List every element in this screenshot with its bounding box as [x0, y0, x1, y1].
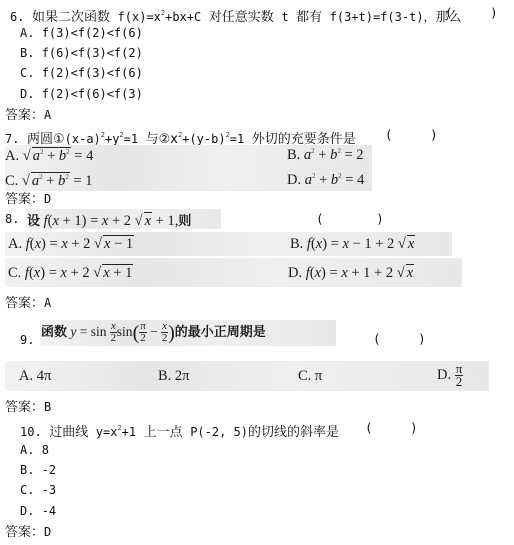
- question-number: 8.: [5, 211, 19, 227]
- question-number: 6.: [10, 10, 24, 24]
- answer-line: 答案：D: [5, 524, 51, 541]
- option-d: D. f(2)<f(6)<f(3): [20, 86, 143, 102]
- scanned-stem-q9: 函数 y = sin x2sin(π2 − x2)的最小正周期是: [40, 320, 336, 346]
- option-c: C. f(2)<f(3)<f(6): [20, 65, 143, 81]
- answer-value: B: [44, 400, 51, 414]
- answer-blank: ( ): [445, 5, 498, 20]
- option-c: C. -3: [20, 482, 56, 498]
- option-a: A. √a2 + b2 = 4: [5, 147, 93, 165]
- question-number: 9.: [20, 332, 34, 348]
- option-b: B. f(6)<f(3)<f(2): [20, 45, 143, 61]
- scanned-options-q8-row2: C. f(x) = x + 2 √x + 1 D. f(x) = x + 1 +…: [5, 258, 462, 287]
- answer-value: D: [44, 525, 51, 539]
- answer-value: D: [44, 192, 51, 206]
- answer-line: 答案：A: [5, 295, 51, 312]
- question-6-stem: 6. 如果二次函数 f(x)=x2+bx+C 对任意实数 t 都有 f(3+t)…: [10, 5, 462, 26]
- answer-line: 答案：A: [5, 107, 51, 124]
- option-d: D. a2 + b2 = 4: [287, 172, 364, 189]
- option-a: A. f(x) = x + 2 √x − 1: [8, 235, 134, 253]
- option-a: A. 4π: [19, 368, 51, 385]
- answer-line: 答案：D: [5, 191, 51, 208]
- scanned-options-q7: A. √a2 + b2 = 4 B. a2 + b2 = 2 C. √a2 + …: [5, 145, 372, 191]
- question-number: 10.: [20, 425, 42, 439]
- question-10-stem: 10. 过曲线 y=x2+1 上一点 P(-2, 5)的切线的斜率是: [20, 420, 339, 441]
- option-b: B. f(x) = x − 1 + 2 √x: [290, 235, 415, 253]
- option-d: D. -4: [20, 503, 56, 519]
- scanned-stem-q8: 设 f(x + 1) = x + 2 √x + 1,则: [26, 209, 221, 229]
- option-b: B. a2 + b2 = 2: [287, 147, 364, 164]
- answer-value: A: [44, 296, 51, 310]
- answer-value: A: [44, 108, 51, 122]
- option-d: D. π2: [437, 363, 463, 388]
- answer-blank: ( ): [316, 211, 384, 226]
- question-number: 7.: [5, 132, 19, 146]
- scanned-options-q9: A. 4π B. 2π C. π D. π2: [5, 361, 489, 391]
- option-c: C. f(x) = x + 2 √x + 1: [8, 264, 133, 282]
- option-a: A. f(3)<f(2)<f(6): [20, 25, 143, 41]
- answer-blank: ( ): [385, 127, 438, 142]
- option-d: D. f(x) = x + 1 + 2 √x: [288, 264, 414, 282]
- option-b: B. -2: [20, 462, 56, 478]
- answer-line: 答案：B: [5, 399, 51, 416]
- answer-blank: ( ): [365, 420, 418, 435]
- option-c: C. π: [298, 368, 322, 385]
- option-b: B. 2π: [158, 368, 190, 385]
- scanned-options-q8-row1: A. f(x) = x + 2 √x − 1 B. f(x) = x − 1 +…: [5, 232, 452, 256]
- answer-blank: ( ): [373, 331, 426, 346]
- option-a: A. 8: [20, 442, 49, 458]
- option-c: C. √a2 + b2 = 1: [5, 172, 93, 190]
